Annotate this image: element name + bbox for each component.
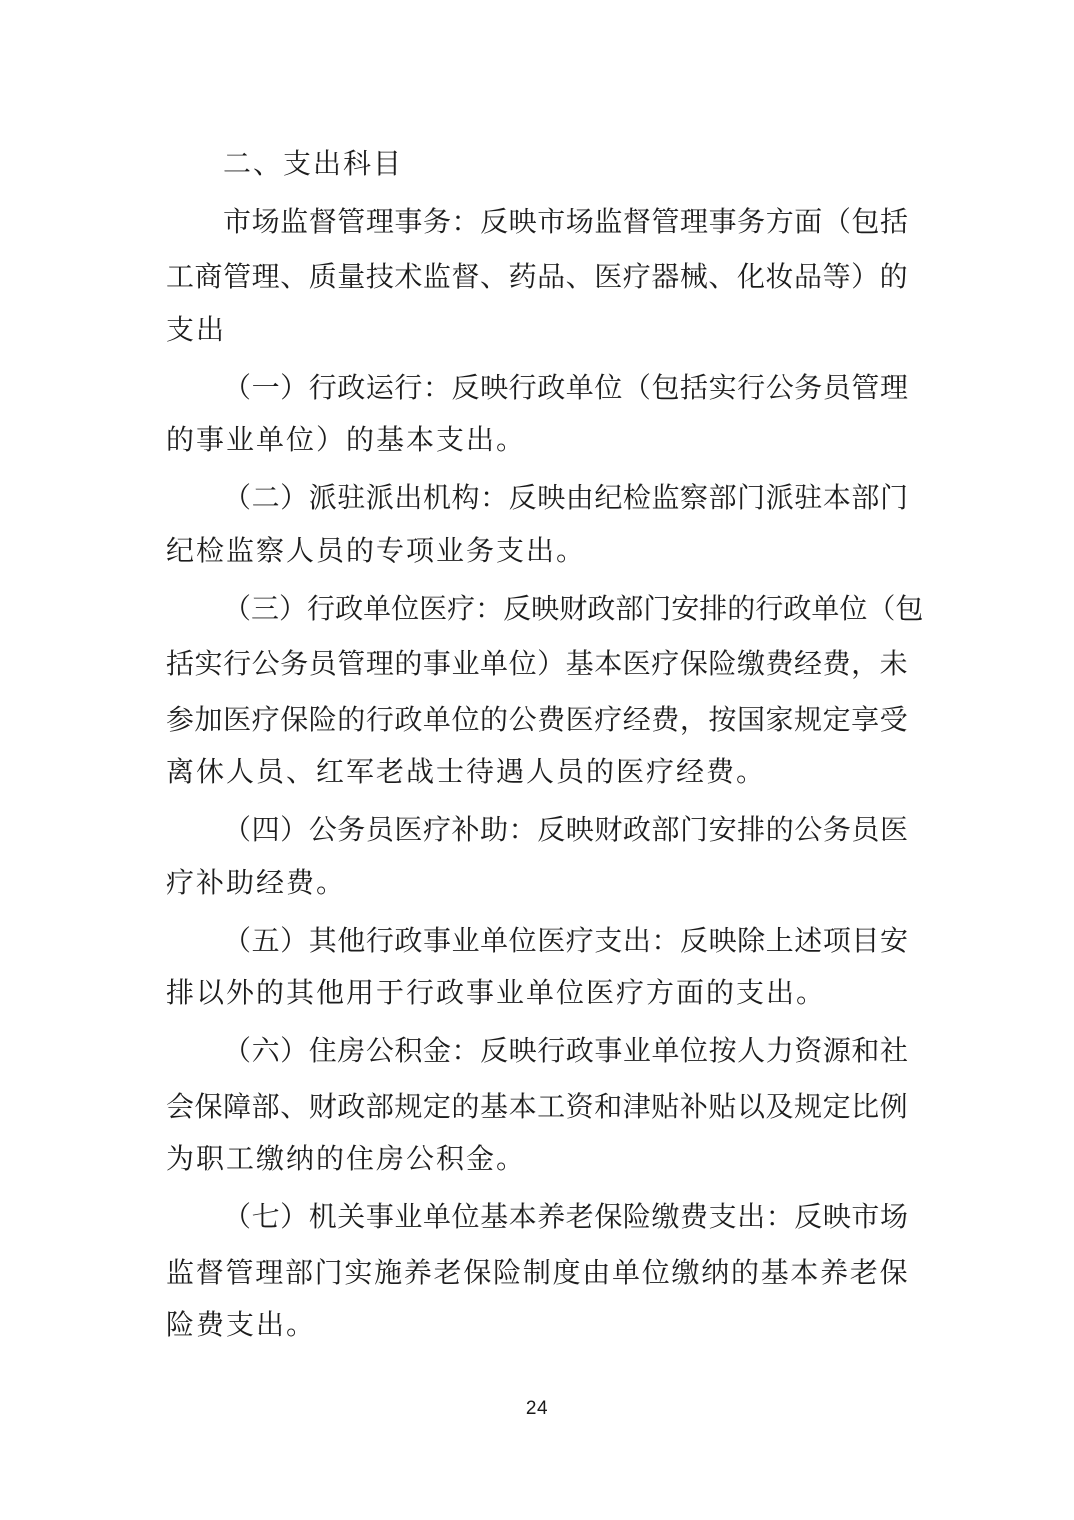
- character: 资: [566, 1085, 594, 1125]
- character: 贴: [651, 1085, 679, 1125]
- character: 驻: [337, 476, 365, 516]
- character: 运: [366, 366, 394, 406]
- character: 支: [594, 919, 622, 959]
- character: 按: [708, 698, 736, 738]
- character: 由: [582, 1251, 610, 1291]
- character: 工: [537, 1085, 565, 1125]
- character: 目: [851, 919, 879, 959]
- character: 药: [509, 255, 537, 295]
- character: ：: [423, 366, 451, 406]
- character: 、: [708, 255, 736, 295]
- text-line: 疗补助经费。: [166, 856, 908, 911]
- character: （: [223, 919, 251, 959]
- character: 出: [737, 1195, 765, 1235]
- character: 业: [451, 642, 479, 682]
- character: 位: [680, 1029, 708, 1069]
- character: 基: [761, 1251, 789, 1291]
- character: 场: [566, 200, 594, 240]
- character: 商: [195, 255, 223, 295]
- character: 管: [225, 1251, 253, 1291]
- character: 派: [766, 476, 794, 516]
- character: 定: [823, 698, 851, 738]
- character: 事: [423, 642, 451, 682]
- character: 政: [337, 1085, 365, 1125]
- character: 单: [480, 642, 508, 682]
- text-line: 排以外的其他用于行政事业单位医疗方面的支出。: [166, 966, 908, 1021]
- character: 务: [794, 366, 822, 406]
- character: 保: [680, 642, 708, 682]
- character: 公: [252, 642, 280, 682]
- character: 人: [737, 1029, 765, 1069]
- character: 单: [811, 587, 839, 627]
- character: 政: [587, 587, 615, 627]
- character: 单: [612, 1251, 640, 1291]
- character: 医: [566, 698, 594, 738]
- character: 他: [337, 919, 365, 959]
- character: 场: [252, 200, 280, 240]
- character: 的: [880, 255, 908, 295]
- character: 积: [394, 1029, 422, 1069]
- character: 化: [737, 255, 765, 295]
- character: 单: [423, 1195, 451, 1235]
- character: （: [623, 366, 651, 406]
- character: 门: [315, 1251, 343, 1291]
- character: 括: [880, 200, 908, 240]
- character: 理: [366, 200, 394, 240]
- character: 业: [394, 1195, 422, 1235]
- character: 映: [709, 919, 737, 959]
- character: 公: [766, 366, 794, 406]
- character: 除: [737, 919, 765, 959]
- character: 管: [337, 642, 365, 682]
- text-line: 会保障部、财政部规定的基本工资和津贴补贴以及规定比例: [166, 1077, 908, 1132]
- text-line: （六）住房公积金：反映行政事业单位按人力资源和社: [166, 1022, 908, 1077]
- character: 门: [737, 476, 765, 516]
- character: 员: [823, 366, 851, 406]
- character: 本: [594, 642, 622, 682]
- character: 疗: [594, 698, 622, 738]
- character: 费: [537, 698, 565, 738]
- character: 务: [280, 642, 308, 682]
- character: 政: [783, 587, 811, 627]
- character: 补: [680, 1085, 708, 1125]
- character: 督: [196, 1251, 224, 1291]
- character: 实: [709, 366, 737, 406]
- character: 包: [895, 587, 923, 627]
- page-number: 24: [0, 1398, 1074, 1420]
- character: 事: [423, 919, 451, 959]
- character: 例: [880, 1085, 908, 1125]
- character: ）: [280, 1029, 308, 1069]
- character: 监: [166, 1251, 194, 1291]
- character: ）: [280, 366, 308, 406]
- character: 本: [509, 1195, 537, 1235]
- character: 映: [823, 1195, 851, 1235]
- character: 员: [309, 642, 337, 682]
- character: 理: [252, 255, 280, 295]
- character: ：: [452, 200, 480, 240]
- character: 督: [309, 200, 337, 240]
- character: 行: [755, 587, 783, 627]
- character: 比: [851, 1085, 879, 1125]
- character: 纪: [594, 476, 622, 516]
- character: 支: [709, 1195, 737, 1235]
- character: ：: [452, 1029, 480, 1069]
- character: 驻: [794, 476, 822, 516]
- character: 行: [509, 366, 537, 406]
- text-line: 二、支出科目: [166, 137, 908, 192]
- character: 的: [451, 1085, 479, 1125]
- character: ：: [651, 919, 679, 959]
- character: 险: [708, 642, 736, 682]
- character: 度: [553, 1251, 581, 1291]
- character: 务: [423, 200, 451, 240]
- character: 行: [307, 587, 335, 627]
- character: 映: [531, 587, 559, 627]
- character: 保: [280, 698, 308, 738]
- character: 理: [255, 1251, 283, 1291]
- character: 排: [699, 587, 727, 627]
- text-line: 险费支出。: [166, 1298, 908, 1353]
- character: （: [223, 1029, 251, 1069]
- character: 事: [709, 200, 737, 240]
- character: 映: [509, 200, 537, 240]
- character: 理: [680, 200, 708, 240]
- character: 察: [680, 476, 708, 516]
- character: 派: [366, 476, 394, 516]
- character: 保: [463, 1251, 491, 1291]
- character: 社: [880, 1029, 908, 1069]
- character: 单: [423, 698, 451, 738]
- character: 务: [823, 808, 851, 848]
- character: 事: [594, 1029, 622, 1069]
- character: 事: [366, 1195, 394, 1235]
- character: 的: [337, 698, 365, 738]
- character: 及: [765, 1085, 793, 1125]
- character: 单: [363, 587, 391, 627]
- character: 部: [709, 476, 737, 516]
- character: 理: [366, 642, 394, 682]
- character: 位: [452, 1195, 480, 1235]
- character: 规: [794, 1085, 822, 1125]
- character: 补: [452, 808, 480, 848]
- character: 部: [252, 1085, 280, 1125]
- character: 养: [404, 1251, 432, 1291]
- character: 行: [737, 366, 765, 406]
- character: ，: [851, 642, 879, 682]
- character: 险: [623, 1195, 651, 1235]
- character: 机: [423, 476, 451, 516]
- character: 反: [537, 808, 565, 848]
- character: 实: [195, 642, 223, 682]
- character: 疗: [447, 587, 475, 627]
- text-line: （七）机关事业单位基本养老保险缴费支出：反映市场: [166, 1188, 908, 1243]
- character: 四: [252, 808, 280, 848]
- character: 未: [880, 642, 908, 682]
- character: 基: [480, 1195, 508, 1235]
- character: 关: [337, 1195, 365, 1235]
- character: 妆: [765, 255, 793, 295]
- character: ）: [279, 587, 307, 627]
- character: 反: [452, 366, 480, 406]
- character: 述: [794, 919, 822, 959]
- character: 员: [851, 808, 879, 848]
- character: 制: [523, 1251, 551, 1291]
- character: （: [223, 366, 251, 406]
- text-line: 市场监督管理事务：反映市场监督管理事务方面（包括: [166, 192, 908, 247]
- character: 派: [309, 476, 337, 516]
- character: 疗: [566, 919, 594, 959]
- character: 行: [394, 366, 422, 406]
- text-line: （一）行政运行：反映行政单位（包括实行公务员管理: [166, 358, 908, 413]
- character: 和: [594, 1085, 622, 1125]
- character: 术: [394, 255, 422, 295]
- character: 公: [509, 698, 537, 738]
- character: 三: [251, 587, 279, 627]
- character: ：: [766, 1195, 794, 1235]
- character: 业: [623, 1029, 651, 1069]
- character: 监: [280, 200, 308, 240]
- character: 资: [794, 1029, 822, 1069]
- character: 市: [851, 1195, 879, 1235]
- character: 缴: [671, 1251, 699, 1291]
- character: 六: [252, 1029, 280, 1069]
- character: 受: [880, 698, 908, 738]
- character: 安: [880, 919, 908, 959]
- character: 部: [651, 808, 679, 848]
- character: 监: [651, 476, 679, 516]
- character: ）: [537, 642, 565, 682]
- character: 住: [309, 1029, 337, 1069]
- character: 的: [394, 642, 422, 682]
- character: 费: [823, 642, 851, 682]
- character: 场: [880, 1195, 908, 1235]
- character: 行: [223, 642, 251, 682]
- character: 源: [823, 1029, 851, 1069]
- character: 公: [794, 808, 822, 848]
- text-line: 离休人员、红军老战士待遇人员的医疗经费。: [166, 745, 908, 800]
- character: 老: [434, 1251, 462, 1291]
- character: 面: [794, 200, 822, 240]
- character: 医: [223, 698, 251, 738]
- character: 反: [503, 587, 531, 627]
- text-line: （四）公务员医疗补助：反映财政部门安排的公务员医: [166, 801, 908, 856]
- character: 疗: [423, 808, 451, 848]
- character: 医: [419, 587, 447, 627]
- character: 质: [309, 255, 337, 295]
- character: 反: [480, 200, 508, 240]
- character: 公: [309, 808, 337, 848]
- character: 养: [820, 1251, 848, 1291]
- character: 财: [594, 808, 622, 848]
- character: ）: [280, 1195, 308, 1235]
- character: 单: [480, 919, 508, 959]
- text-line: 工商管理、质量技术监督、药品、医疗器械、化妆品等）的: [166, 248, 908, 303]
- character: ）: [851, 255, 879, 295]
- character: 门: [643, 587, 671, 627]
- character: 部: [615, 587, 643, 627]
- character: 七: [252, 1195, 280, 1235]
- character: 政: [337, 366, 365, 406]
- character: 位: [839, 587, 867, 627]
- character: 市: [537, 200, 565, 240]
- character: 监: [423, 255, 451, 295]
- character: 保: [594, 1195, 622, 1235]
- character: 基: [480, 1085, 508, 1125]
- character: 险: [493, 1251, 521, 1291]
- character: 以: [737, 1085, 765, 1125]
- character: 安: [671, 587, 699, 627]
- character: 管: [651, 200, 679, 240]
- character: 管: [851, 366, 879, 406]
- character: 包: [851, 200, 879, 240]
- character: 技: [366, 255, 394, 295]
- character: 括: [166, 642, 194, 682]
- character: 门: [680, 808, 708, 848]
- character: 助: [480, 808, 508, 848]
- character: 基: [566, 642, 594, 682]
- character: 养: [537, 1195, 565, 1235]
- character: 医: [537, 919, 565, 959]
- character: 费: [765, 642, 793, 682]
- character: 行: [366, 698, 394, 738]
- character: （: [223, 1195, 251, 1235]
- character: 公: [366, 1029, 394, 1069]
- character: 位: [509, 642, 537, 682]
- character: 二: [252, 476, 280, 516]
- character: 财: [559, 587, 587, 627]
- character: 疗: [252, 698, 280, 738]
- character: 管: [337, 200, 365, 240]
- character: 等: [823, 255, 851, 295]
- character: 其: [309, 919, 337, 959]
- character: 房: [337, 1029, 365, 1069]
- character: 政: [537, 366, 565, 406]
- character: 实: [344, 1251, 372, 1291]
- character: 贴: [708, 1085, 736, 1125]
- character: 门: [880, 476, 908, 516]
- character: 定: [823, 1085, 851, 1125]
- character: 包: [651, 366, 679, 406]
- character: 单: [651, 1029, 679, 1069]
- character: 品: [537, 255, 565, 295]
- character: 部: [851, 476, 879, 516]
- character: 机: [309, 1195, 337, 1235]
- character: ）: [280, 919, 308, 959]
- character: 和: [851, 1029, 879, 1069]
- character: 括: [680, 366, 708, 406]
- character: 的: [731, 1251, 759, 1291]
- character: 员: [366, 808, 394, 848]
- character: 疗: [623, 255, 651, 295]
- character: 老: [850, 1251, 878, 1291]
- document-page: 二、支出科目市场监督管理事务：反映市场监督管理事务方面（包括工商管理、质量技术监…: [0, 0, 1074, 1520]
- character: 位: [594, 366, 622, 406]
- character: 本: [823, 476, 851, 516]
- character: 位: [642, 1251, 670, 1291]
- character: 反: [509, 476, 537, 516]
- character: 医: [394, 808, 422, 848]
- character: （: [823, 200, 851, 240]
- character: 、: [280, 255, 308, 295]
- character: 理: [880, 366, 908, 406]
- character: 映: [480, 366, 508, 406]
- character: 单: [566, 366, 594, 406]
- character: 本: [509, 1085, 537, 1125]
- character: 本: [790, 1251, 818, 1291]
- character: 费: [651, 698, 679, 738]
- character: 器: [651, 255, 679, 295]
- character: 规: [394, 1085, 422, 1125]
- character: 出: [394, 476, 422, 516]
- character: 务: [337, 808, 365, 848]
- character: 障: [223, 1085, 251, 1125]
- character: 务: [737, 200, 765, 240]
- character: 映: [537, 476, 565, 516]
- character: 定: [423, 1085, 451, 1125]
- character: （: [223, 808, 251, 848]
- character: 按: [709, 1029, 737, 1069]
- character: ）: [280, 476, 308, 516]
- character: （: [223, 476, 251, 516]
- character: 金: [423, 1029, 451, 1069]
- character: 项: [823, 919, 851, 959]
- character: 安: [709, 808, 737, 848]
- text-line: 纪检监察人员的专项业务支出。: [166, 524, 908, 579]
- character: （: [223, 587, 251, 627]
- text-line: 为职工缴纳的住房公积金。: [166, 1132, 908, 1187]
- character: 品: [794, 255, 822, 295]
- character: 医: [880, 808, 908, 848]
- text-line: （五）其他行政事业单位医疗支出：反映除上述项目安: [166, 911, 908, 966]
- character: 医: [623, 642, 651, 682]
- character: 、: [280, 1085, 308, 1125]
- character: 由: [566, 476, 594, 516]
- character: 方: [766, 200, 794, 240]
- character: 位: [391, 587, 419, 627]
- character: 费: [680, 1195, 708, 1235]
- character: 老: [566, 1195, 594, 1235]
- character: 缴: [651, 1195, 679, 1235]
- character: 缴: [737, 642, 765, 682]
- character: 反: [480, 1029, 508, 1069]
- character: 行: [309, 366, 337, 406]
- character: 上: [766, 919, 794, 959]
- character: 政: [394, 919, 422, 959]
- character: 业: [452, 919, 480, 959]
- character: ）: [280, 808, 308, 848]
- character: 工: [166, 255, 194, 295]
- character: 经: [623, 698, 651, 738]
- character: 政: [566, 1029, 594, 1069]
- character: 量: [337, 255, 365, 295]
- character: 财: [309, 1085, 337, 1125]
- character: 保: [880, 1251, 908, 1291]
- character: 疗: [651, 642, 679, 682]
- character: 督: [451, 255, 479, 295]
- text-line: （三）行政单位医疗：反映财政部门安排的行政单位（包: [166, 579, 908, 634]
- character: 出: [623, 919, 651, 959]
- character: ：: [475, 587, 503, 627]
- character: 构: [452, 476, 480, 516]
- character: 五: [252, 919, 280, 959]
- character: 规: [794, 698, 822, 738]
- character: 反: [680, 919, 708, 959]
- character: 督: [623, 200, 651, 240]
- character: 力: [766, 1029, 794, 1069]
- text-line: 的事业单位）的基本支出。: [166, 413, 908, 468]
- character: 的: [480, 698, 508, 738]
